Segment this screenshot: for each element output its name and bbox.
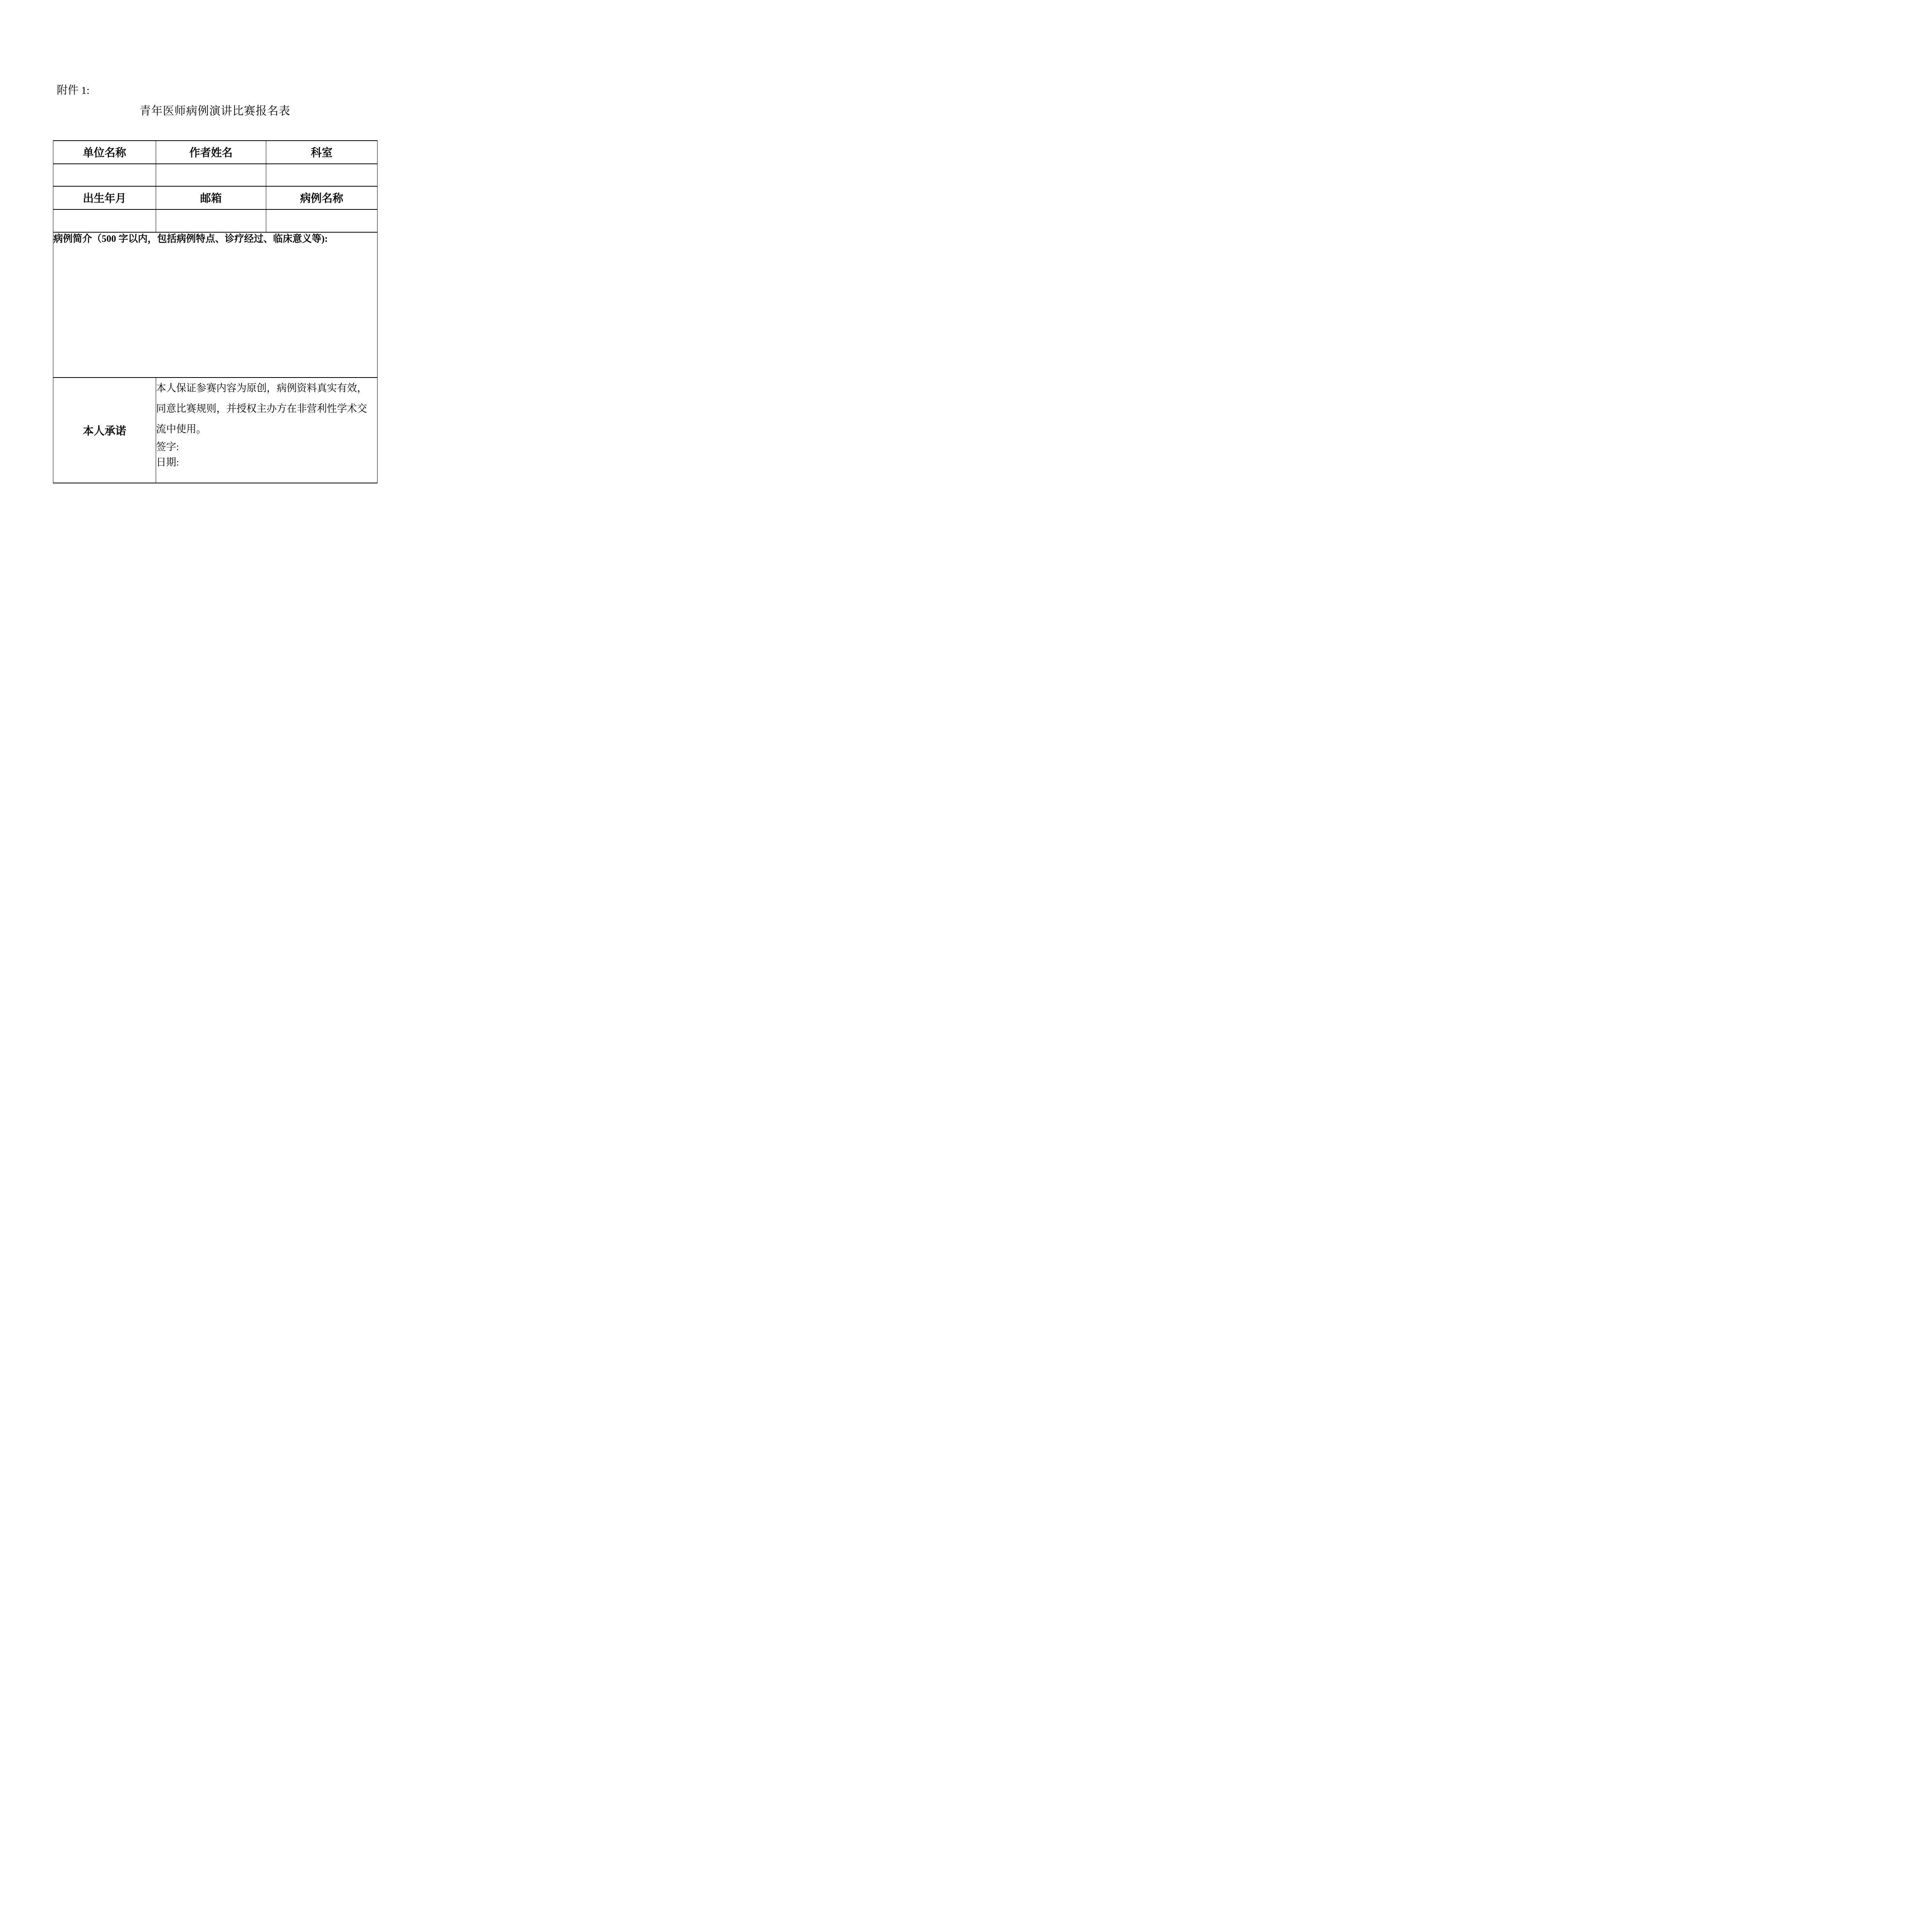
- header-case-name: 病例名称: [266, 186, 378, 209]
- commitment-statement-line: 流中使用。: [156, 419, 377, 439]
- commitment-label-cell: 本人承诺: [53, 378, 156, 483]
- case-summary-row: 病例简介（500 字以内，包括病例特点、诊疗经过、临床意义等):: [53, 232, 378, 378]
- author-name-input[interactable]: [156, 164, 266, 186]
- page-title: 青年医师病例演讲比赛报名表: [53, 104, 377, 118]
- commitment-statement-line: 本人保证参赛内容为原创，病例资料真实有效，: [156, 378, 377, 398]
- header-email: 邮箱: [156, 186, 266, 209]
- header-author-name: 作者姓名: [156, 141, 266, 164]
- header-unit-name: 单位名称: [53, 141, 156, 164]
- case-name-input[interactable]: [266, 209, 378, 232]
- commitment-statement: 本人保证参赛内容为原创，病例资料真实有效， 同意比赛规则，并授权主办方在非营利性…: [156, 378, 377, 439]
- commitment-body-cell[interactable]: 本人保证参赛内容为原创，病例资料真实有效， 同意比赛规则，并授权主办方在非营利性…: [156, 378, 378, 483]
- birth-date-input[interactable]: [53, 209, 156, 232]
- attachment-label: 附件 1:: [57, 84, 90, 97]
- header-birth-date: 出生年月: [53, 186, 156, 209]
- commitment-row: 本人承诺 本人保证参赛内容为原创，病例资料真实有效， 同意比赛规则，并授权主办方…: [53, 378, 378, 483]
- commitment-statement-line: 同意比赛规则，并授权主办方在非营利性学术交: [156, 398, 377, 419]
- case-summary-cell[interactable]: 病例简介（500 字以内，包括病例特点、诊疗经过、临床意义等):: [53, 232, 378, 378]
- signature-label: 签字:: [156, 439, 377, 455]
- unit-name-input[interactable]: [53, 164, 156, 186]
- registration-table: 单位名称 作者姓名 科室 出生年月 邮箱 病例名称 病例简介（500 字以内，包…: [53, 140, 378, 483]
- header-department: 科室: [266, 141, 378, 164]
- header-row-2: 出生年月 邮箱 病例名称: [53, 186, 378, 209]
- case-summary-label: 病例简介（500 字以内，包括病例特点、诊疗经过、临床意义等):: [53, 233, 377, 246]
- email-input[interactable]: [156, 209, 266, 232]
- header-row-1: 单位名称 作者姓名 科室: [53, 141, 378, 164]
- department-input[interactable]: [266, 164, 378, 186]
- input-row-1: [53, 164, 378, 186]
- document-page: 附件 1: 青年医师病例演讲比赛报名表 单位名称 作者姓名 科室 出生年月 邮箱…: [0, 0, 429, 607]
- input-row-2: [53, 209, 378, 232]
- date-label: 日期:: [156, 455, 377, 470]
